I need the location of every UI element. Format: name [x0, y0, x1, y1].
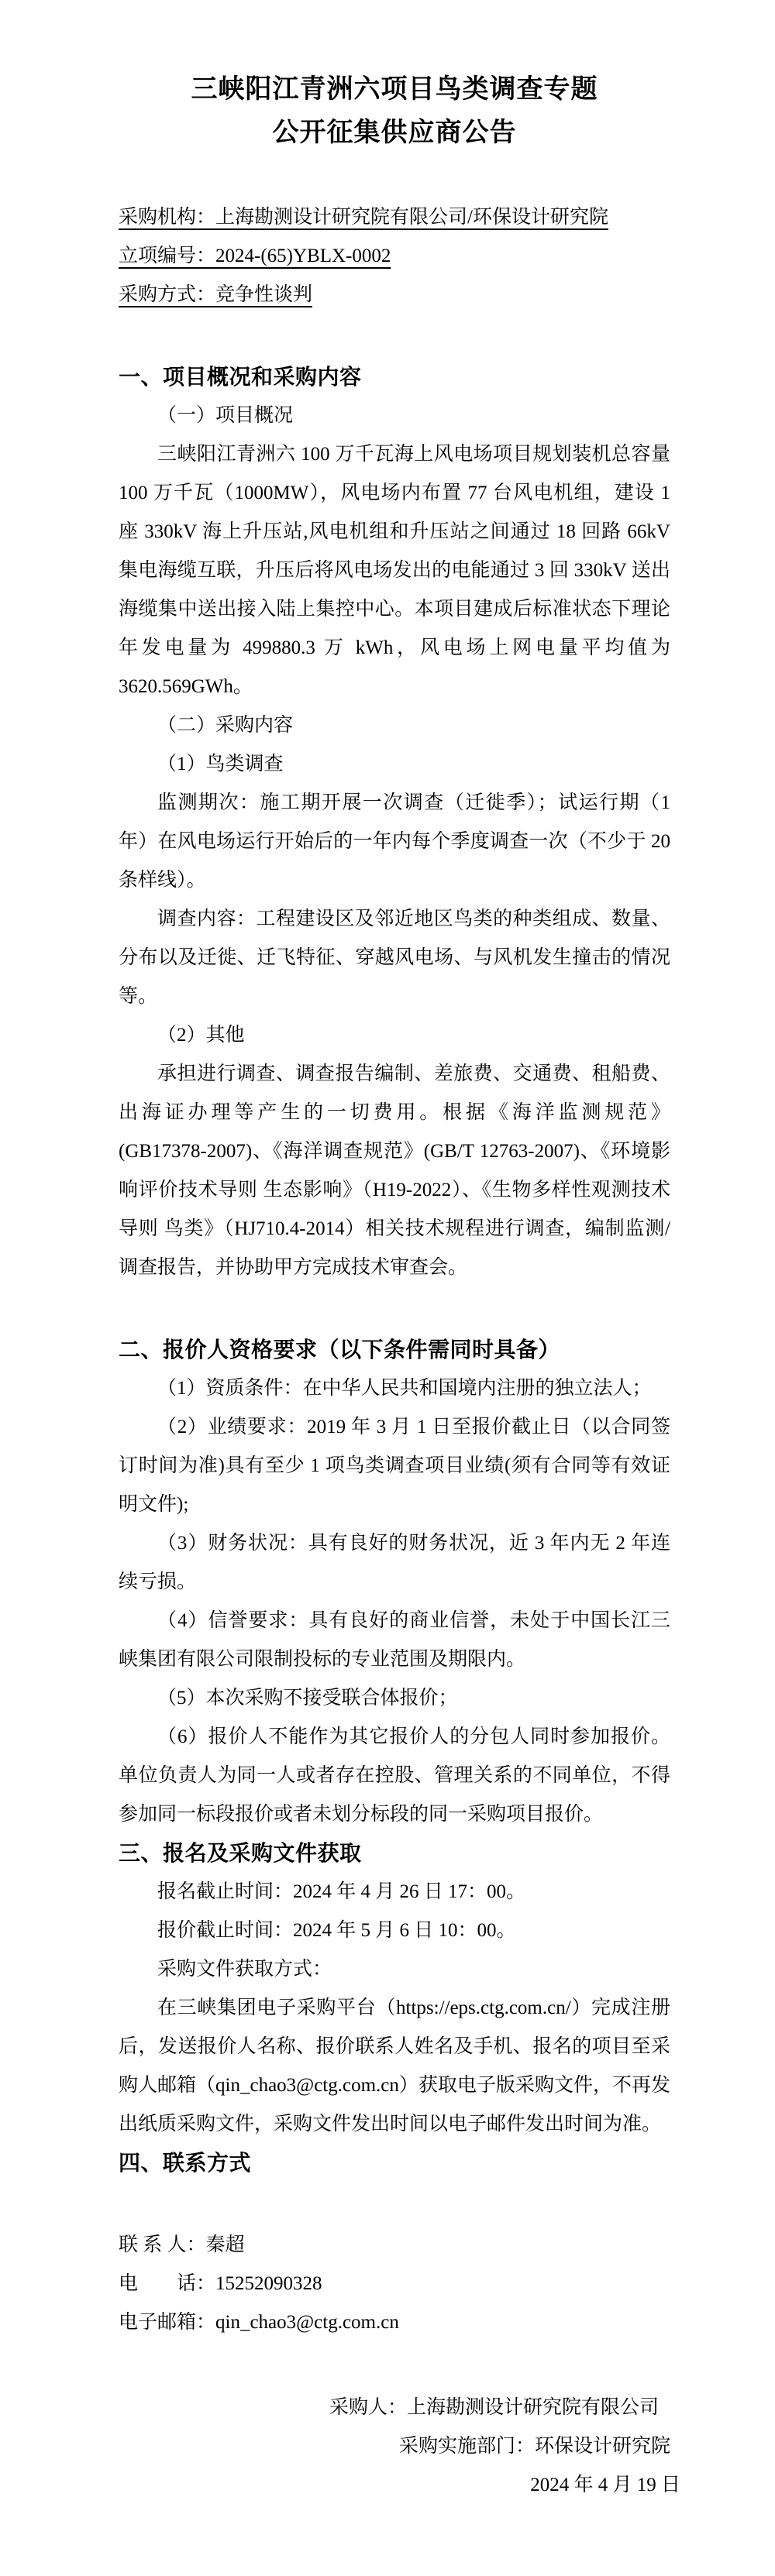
- monitoring-periods-paragraph: 监测期次：施工期开展一次调查（迁徙季）；试运行期（1 年）在风电场运行开始后的一…: [119, 784, 670, 900]
- meta-procurement-agency: 采购机构：上海勘测设计研究院有限公司/环保设计研究院: [119, 198, 670, 237]
- contact-person: 联 系 人：秦超: [119, 2226, 670, 2265]
- contact-phone: 电 话：15252090328: [119, 2265, 670, 2303]
- item-bird-survey-heading: （1）鸟类调查: [119, 745, 670, 784]
- other-costs-paragraph: 承担进行调查、调查报告编制、差旅费、交通费、租船费、出海证办理等产生的一切费用。…: [119, 1055, 670, 1287]
- meta-procurement-method: 采购方式：竞争性谈判: [119, 276, 670, 314]
- page-title-line1: 三峡阳江青洲六项目鸟类调查专题: [191, 75, 598, 104]
- item-other-heading: （2）其他: [119, 1016, 670, 1055]
- signature-block: 采购人：上海勘测设计研究院有限公司 采购实施部门：环保设计研究院 2024 年 …: [119, 2389, 670, 2505]
- project-overview-paragraph: 三峡阳江青洲六 100 万千瓦海上风电场项目规划装机总容量 100 万千瓦（10…: [119, 435, 670, 706]
- meta-project-number: 立项编号：2024-(65)YBLX-0002: [119, 237, 670, 276]
- survey-content-paragraph: 调查内容：工程建设区及邻近地区鸟类的种类组成、数量、分布以及迁徙、迁飞特征、穿越…: [119, 900, 670, 1016]
- qualification-item-6: （6）报价人不能作为其它报价人的分包人同时参加报价。单位负责人为同一人或者存在控…: [119, 1718, 670, 1834]
- section-1-heading: 一、项目概况和采购内容: [119, 358, 670, 397]
- implementing-department-line: 采购实施部门：环保设计研究院: [119, 2427, 670, 2466]
- section-2-heading: 二、报价人资格要求（以下条件需同时具备）: [119, 1331, 670, 1369]
- qualification-item-5: （5）本次采购不接受联合体报价；: [119, 1679, 670, 1718]
- meta-block: 采购机构：上海勘测设计研究院有限公司/环保设计研究院 立项编号：2024-(65…: [119, 198, 670, 314]
- announcement-date: 2024 年 4 月 19 日: [119, 2466, 680, 2505]
- section-3-heading: 三、报名及采购文件获取: [119, 1834, 670, 1873]
- qualification-item-1: （1）资质条件：在中华人民共和国境内注册的独立法人；: [119, 1369, 670, 1408]
- procurement-announcement-page: 三峡阳江青洲六项目鸟类调查专题 公开征集供应商公告 采购机构：上海勘测设计研究院…: [0, 0, 775, 2576]
- document-obtain-paragraph: 在三峡集团电子采购平台（https://eps.ctg.com.cn/）完成注册…: [119, 1989, 670, 2144]
- page-title-line2: 公开征集供应商公告: [273, 118, 517, 147]
- qualification-item-4: （4）信誉要求：具有良好的商业信誉，未处于中国长江三峡集团有限公司限制投标的专业…: [119, 1602, 670, 1679]
- buyer-line: 采购人：上海勘测设计研究院有限公司: [119, 2389, 659, 2427]
- qualification-item-2: （2）业绩要求：2019 年 3 月 1 日至报价截止日（以合同签订时间为准)具…: [119, 1408, 670, 1524]
- registration-deadline: 报名截止时间：2024 年 4 月 26 日 17：00。: [119, 1873, 670, 1911]
- quotation-deadline: 报价截止时间：2024 年 5 月 6 日 10：00。: [119, 1911, 670, 1950]
- contact-email: 电子邮箱：qin_chao3@ctg.com.cn: [119, 2303, 670, 2342]
- contact-block: 联 系 人：秦超 电 话：15252090328 电子邮箱：qin_chao3@…: [119, 2226, 670, 2342]
- qualification-item-3: （3）财务状况：具有良好的财务状况，近 3 年内无 2 年连续亏损。: [119, 1524, 670, 1602]
- section-1-sub1-heading: （一）项目概况: [119, 397, 670, 435]
- document-obtain-label: 采购文件获取方式：: [119, 1950, 670, 1989]
- section-4-heading: 四、联系方式: [119, 2144, 670, 2183]
- section-1-sub2-heading: （二）采购内容: [119, 706, 670, 745]
- page-title: 三峡阳江青洲六项目鸟类调查专题 公开征集供应商公告: [119, 68, 670, 155]
